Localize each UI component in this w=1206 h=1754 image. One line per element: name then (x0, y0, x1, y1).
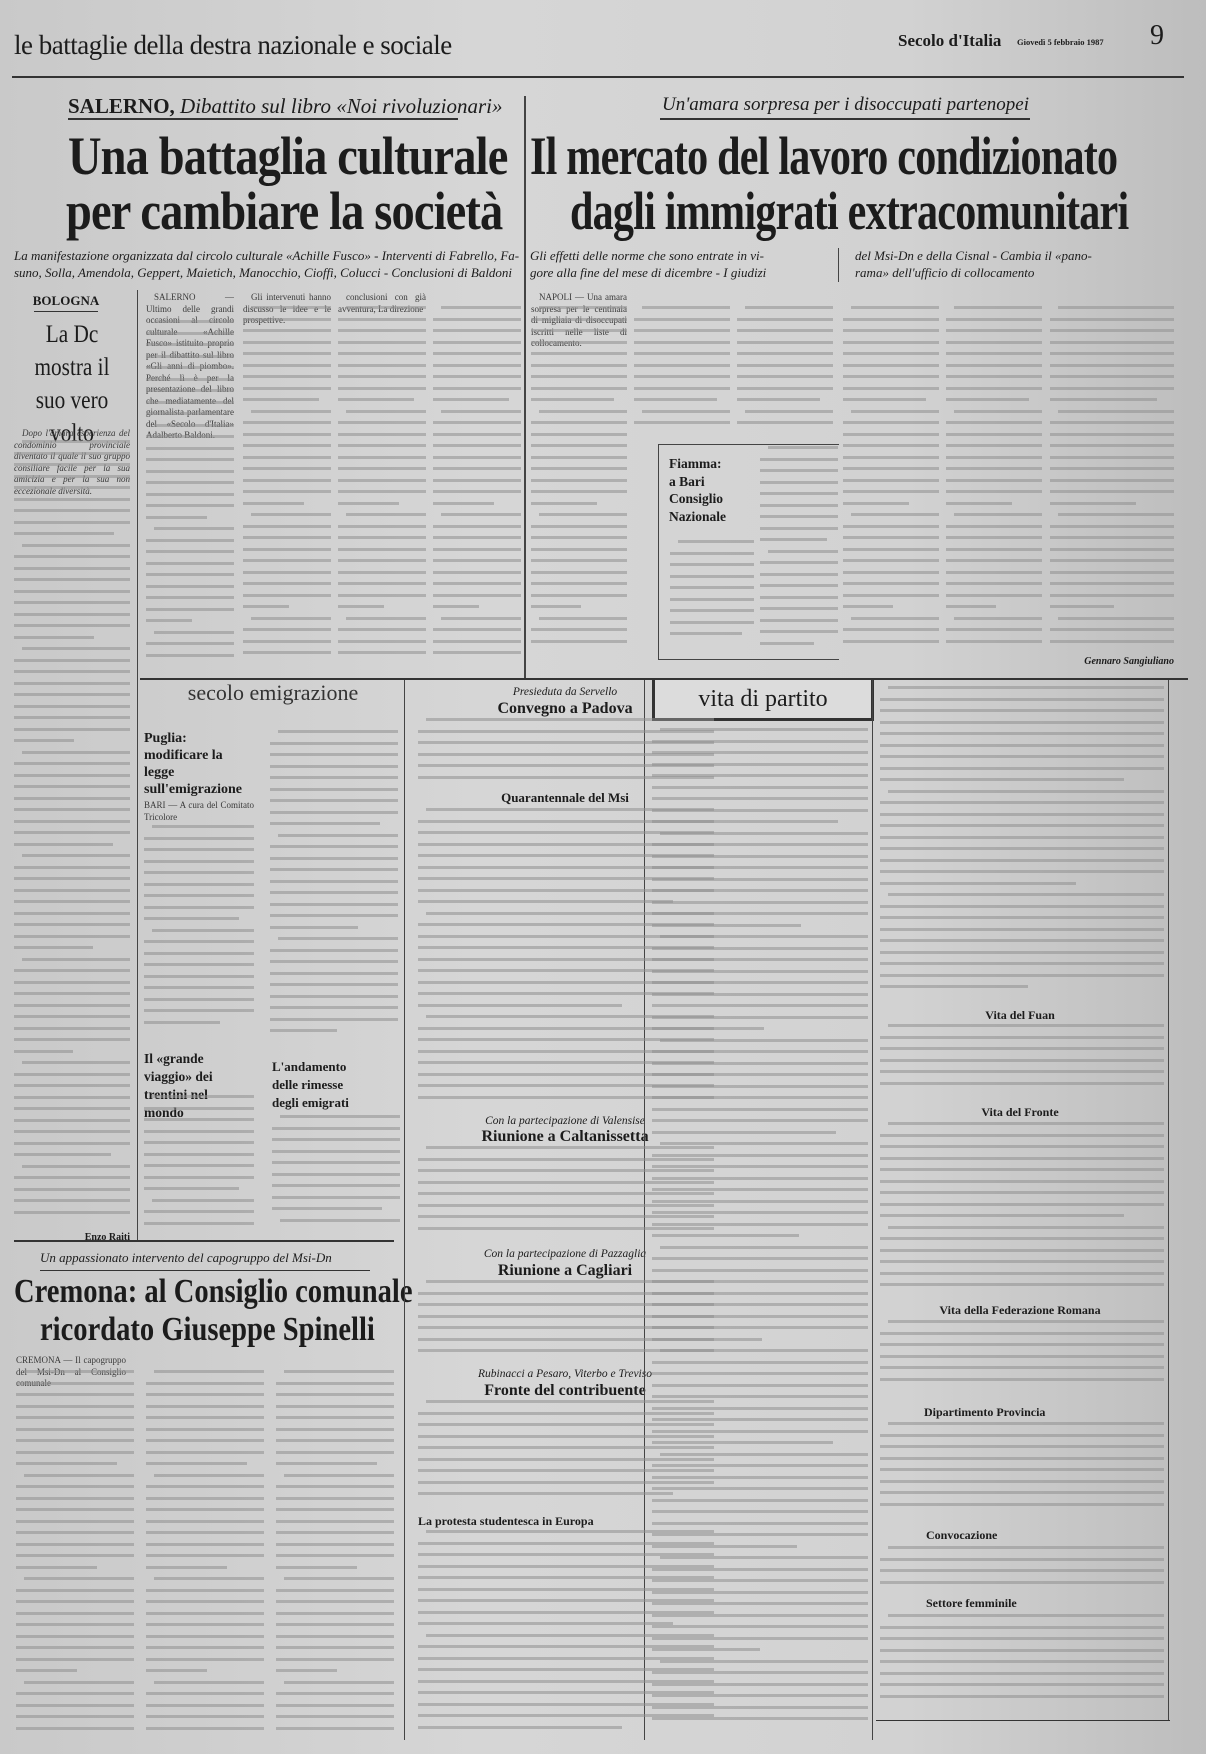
text-line (144, 837, 254, 840)
text-line (880, 1366, 1164, 1369)
text-line (1050, 640, 1174, 643)
text-line (880, 1672, 1164, 1675)
text-line (880, 1468, 1164, 1471)
text-line (1050, 456, 1174, 459)
text-line (14, 509, 130, 512)
text-line (652, 1625, 868, 1628)
text-line (880, 1695, 1164, 1698)
text-line (843, 352, 939, 355)
text-line (1050, 467, 1174, 470)
text-line (146, 1393, 264, 1396)
text-line (270, 995, 398, 998)
text-line (737, 364, 833, 367)
text-line (243, 548, 331, 551)
text-line (880, 1191, 1164, 1194)
text-block (634, 306, 730, 438)
text-line (880, 928, 1164, 931)
fiamma-title: Fiamma: a Bari Consiglio Nazionale (669, 455, 726, 525)
text-line (670, 575, 754, 578)
bologna-kicker: BOLOGNA (16, 293, 116, 309)
text-line (880, 1558, 1164, 1561)
text-line (270, 868, 398, 871)
kicker-text: Dibattito sul libro «Noi rivoluzionari» (180, 94, 502, 118)
text-line (243, 640, 331, 643)
text-line (243, 421, 331, 424)
text-line (531, 536, 627, 539)
text-line (843, 329, 939, 332)
text-line (652, 1177, 868, 1180)
subhead-line: Gli effetti delle norme che sono entrate… (530, 247, 830, 264)
text-line (880, 1434, 1164, 1437)
text-line (14, 946, 93, 949)
text-line (634, 329, 730, 332)
text-line (652, 1510, 868, 1513)
text-line (652, 970, 868, 973)
text-line (144, 1009, 254, 1012)
text-line (14, 728, 130, 731)
text-line (433, 329, 521, 332)
text-line (16, 1428, 134, 1431)
text-line (1050, 628, 1174, 631)
text-line (652, 1131, 836, 1134)
text-line (843, 582, 939, 585)
text-line (251, 513, 331, 516)
text-line (1050, 433, 1174, 436)
text-line (280, 1219, 400, 1222)
text-line (531, 421, 627, 424)
text-line (243, 582, 331, 585)
text-line (880, 1626, 1164, 1629)
text-block (760, 446, 838, 654)
text-line (946, 352, 1042, 355)
text-line (652, 1545, 797, 1548)
text-line (16, 1382, 134, 1385)
text-line (652, 1579, 868, 1582)
text-line (418, 1622, 673, 1625)
text-line (16, 1612, 134, 1615)
puglia-lead: BARI — A cura del Comitato Tricolore (144, 800, 254, 823)
text-line (880, 1637, 1164, 1640)
text-block (276, 1370, 394, 1740)
text-line (272, 1184, 400, 1187)
text-line (24, 1577, 134, 1580)
text-line (22, 647, 130, 650)
text-line (144, 883, 254, 886)
text-line (272, 1173, 400, 1176)
text-line (276, 1715, 394, 1718)
text-line (652, 1154, 868, 1157)
text-line (737, 375, 833, 378)
text-line (276, 1623, 394, 1626)
newspaper-page: le battaglie della destra nazionale e so… (0, 0, 1206, 1754)
text-line (531, 594, 627, 597)
text-line (843, 640, 939, 643)
text-line (652, 1614, 868, 1617)
text-line (22, 1061, 130, 1064)
text-line (433, 421, 521, 424)
text-line (954, 306, 1042, 309)
text-line (272, 1150, 400, 1153)
text-line (14, 555, 130, 558)
text-line (14, 1142, 130, 1145)
text-line (146, 470, 234, 473)
text-line (270, 1006, 398, 1009)
subhead-vita-fronte: Vita del Fronte (920, 1105, 1120, 1120)
text-line (1050, 352, 1174, 355)
text-line (880, 1180, 1164, 1183)
text-line (946, 536, 1042, 539)
text-line (634, 387, 730, 390)
text-line (652, 843, 868, 846)
text-line (760, 630, 838, 633)
text-line (278, 730, 398, 733)
text-line (14, 578, 130, 581)
text-line (338, 502, 399, 505)
text-line (14, 912, 130, 915)
text-line (660, 1453, 868, 1456)
text-line (16, 1543, 134, 1546)
text-line (652, 1027, 764, 1030)
text-line (146, 1451, 264, 1454)
text-line (539, 617, 627, 620)
text-line (880, 985, 1028, 988)
text-line (144, 1176, 254, 1179)
text-line (278, 834, 398, 837)
paper-name: Secolo d'Italia (898, 31, 1001, 51)
vita-di-partito-box: vita di partito (652, 680, 874, 721)
text-line (634, 341, 730, 344)
text-line (24, 1474, 134, 1477)
text-line (154, 1370, 264, 1373)
text-line (276, 1692, 394, 1695)
puglia-headline: Puglia: modificare la legge sull'emigraz… (144, 730, 254, 798)
text-line (14, 590, 130, 593)
text-line (272, 1127, 400, 1130)
text-line (652, 1671, 868, 1674)
text-line (531, 559, 627, 562)
text-line (652, 1211, 868, 1214)
text-line (880, 1378, 1164, 1381)
text-line (843, 536, 939, 539)
text-line (880, 813, 1164, 816)
text-line (146, 504, 234, 507)
text-line (880, 1203, 1164, 1206)
text-line (888, 1614, 1164, 1617)
text-line (16, 1600, 134, 1603)
text-line (1050, 364, 1174, 367)
text-line (146, 1704, 264, 1707)
text-line (652, 866, 868, 869)
text-line (338, 329, 426, 332)
text-line (760, 538, 827, 541)
text-line (880, 1445, 1164, 1448)
text-line (14, 670, 130, 673)
text-line (243, 433, 331, 436)
text-block (946, 306, 1042, 652)
text-line (14, 486, 130, 489)
text-line (760, 469, 838, 472)
mercato-headline-2: dagli immigrati extracomunitari (570, 183, 1128, 239)
text-line (531, 364, 627, 367)
text-line (276, 1520, 394, 1523)
text-line (1050, 398, 1157, 401)
text-line (270, 949, 398, 952)
text-line (146, 539, 234, 542)
text-line (338, 582, 426, 585)
text-line (16, 1485, 134, 1488)
text-line (146, 1508, 264, 1511)
text-line (270, 822, 380, 825)
text-line (16, 1727, 134, 1730)
text-line (851, 306, 939, 309)
text-line (888, 1546, 1164, 1549)
text-line (531, 456, 627, 459)
text-line (880, 721, 1164, 724)
text-line (652, 1533, 868, 1536)
text-line (243, 525, 331, 528)
text-line (243, 467, 331, 470)
text-line (144, 894, 254, 897)
text-line (652, 901, 868, 904)
text-line (418, 1004, 622, 1007)
text-line (426, 718, 714, 721)
text-line (880, 1157, 1164, 1160)
text-line (144, 860, 254, 863)
title-line: Fiamma: (669, 455, 726, 473)
text-line (652, 1464, 868, 1467)
kicker-place: SALERNO, (68, 94, 175, 118)
text-line (278, 937, 398, 940)
text-line (1050, 594, 1174, 597)
text-line (652, 1430, 868, 1433)
text-line (652, 1717, 868, 1720)
text-line (652, 1257, 868, 1260)
text-line (760, 596, 838, 599)
text-line (146, 1462, 247, 1465)
text-line (946, 467, 1042, 470)
text-line (652, 1108, 868, 1111)
text-line (14, 475, 130, 478)
text-line (338, 525, 426, 528)
text-line (14, 877, 130, 880)
text-line (22, 854, 130, 857)
text-line (338, 640, 426, 643)
text-line (531, 329, 627, 332)
text-line (1050, 536, 1174, 539)
text-line (652, 1487, 868, 1490)
text-line (144, 1141, 254, 1144)
masthead-rule (12, 76, 1184, 78)
text-line (880, 744, 1164, 747)
text-line (16, 1451, 134, 1454)
text-line (144, 1021, 220, 1024)
text-line (843, 571, 939, 574)
text-line (146, 355, 234, 358)
text-line (276, 1485, 394, 1488)
subhead-line: suno, Solla, Amendola, Geppert, Maietich… (14, 264, 524, 281)
text-line (346, 306, 426, 309)
text-line (843, 559, 939, 562)
text-line (243, 456, 331, 459)
text-line (843, 479, 939, 482)
title-line: Consiglio (669, 490, 726, 508)
text-line (146, 642, 234, 645)
text-line (14, 1130, 130, 1133)
text-line (851, 513, 939, 516)
text-line (338, 559, 426, 562)
text-line (16, 1566, 97, 1569)
text-line (531, 525, 627, 528)
text-line (843, 318, 939, 321)
text-line (652, 1476, 868, 1479)
text-line (843, 490, 939, 493)
text-line (14, 682, 130, 685)
text-line (880, 1332, 1164, 1335)
text-line (146, 596, 234, 599)
text-line (433, 456, 521, 459)
text-line (146, 435, 234, 438)
text-line (14, 1015, 130, 1018)
text-line (737, 398, 820, 401)
text-line (880, 1260, 1164, 1263)
text-line (880, 1660, 1164, 1663)
text-line (880, 801, 1164, 804)
text-line (14, 774, 130, 777)
text-line (14, 463, 130, 466)
text-line (272, 1196, 400, 1199)
text-line (880, 1134, 1164, 1137)
text-line (14, 1038, 130, 1041)
text-line (652, 981, 868, 984)
text-line (243, 571, 331, 574)
text-line (1050, 571, 1174, 574)
text-line (14, 1176, 130, 1179)
text-line (652, 1073, 868, 1076)
text-line (14, 1050, 73, 1053)
text-line (946, 571, 1042, 574)
text-line (768, 550, 838, 553)
text-line (16, 1416, 134, 1419)
text-line (146, 608, 234, 611)
text-line (652, 855, 868, 858)
text-line (768, 446, 838, 449)
text-line (146, 562, 234, 565)
text-line (144, 1130, 254, 1133)
text-line (1050, 341, 1174, 344)
text-line (22, 440, 130, 443)
text-line (670, 632, 742, 635)
text-line (14, 613, 130, 616)
mercato-subhead-left: Gli effetti delle norme che sono entrate… (530, 247, 830, 281)
text-line (154, 631, 234, 634)
text-line (243, 375, 331, 378)
text-line (745, 306, 833, 309)
text-line (880, 1145, 1164, 1148)
text-line (880, 1272, 1164, 1275)
text-line (652, 809, 868, 812)
text-line (14, 716, 130, 719)
text-line (146, 401, 234, 404)
kicker-underline (660, 118, 1030, 120)
text-block (433, 306, 521, 666)
text-line (144, 1164, 254, 1167)
text-line (243, 651, 331, 654)
text-block (14, 440, 130, 1230)
text-line (441, 617, 521, 620)
text-line (531, 444, 627, 447)
text-line (338, 433, 426, 436)
text-line (270, 914, 398, 917)
text-line (843, 456, 939, 459)
salerno-kicker: SALERNO, Dibattito sul libro «Noi rivolu… (68, 94, 502, 119)
text-line (144, 975, 254, 978)
text-line (634, 352, 730, 355)
text-line (14, 1084, 130, 1087)
text-line (14, 624, 130, 627)
text-line (338, 421, 426, 424)
text-line (670, 609, 754, 612)
text-line (888, 1122, 1164, 1125)
text-line (270, 799, 398, 802)
text-line (660, 1246, 868, 1249)
text-line (531, 605, 581, 608)
text-line (737, 329, 833, 332)
text-line (880, 1480, 1164, 1483)
text-line (146, 1405, 264, 1408)
text-line (660, 832, 868, 835)
text-line (270, 765, 398, 768)
text-block (338, 306, 426, 666)
text-line (270, 1018, 398, 1021)
text-line (152, 1095, 254, 1098)
text-line (880, 1457, 1164, 1460)
text-line (946, 456, 1042, 459)
text-line (652, 924, 801, 927)
text-line (652, 774, 868, 777)
text-line (946, 594, 1042, 597)
text-line (243, 502, 304, 505)
text-line (678, 540, 754, 543)
text-line (880, 836, 1164, 839)
text-line (652, 947, 868, 950)
text-line (146, 332, 234, 335)
salerno-headline-1: Una battaglia culturale (68, 128, 507, 184)
text-line (146, 366, 234, 369)
text-line (880, 962, 1164, 965)
text-line (144, 1107, 254, 1110)
text-line (433, 444, 521, 447)
text-line (652, 1062, 868, 1065)
text-line (954, 410, 1042, 413)
text-line (14, 1153, 111, 1156)
text-line (14, 797, 130, 800)
text-line (888, 1320, 1164, 1323)
text-block (880, 1614, 1164, 1714)
text-line (652, 1338, 762, 1341)
text-line (652, 1568, 868, 1571)
text-line (144, 1187, 239, 1190)
text-block (670, 540, 754, 654)
subhead-divider (838, 248, 839, 282)
text-line (24, 1370, 134, 1373)
text-line (243, 559, 331, 562)
text-line (270, 891, 398, 894)
text-line (737, 341, 833, 344)
text-line (14, 659, 130, 662)
text-line (272, 1207, 382, 1210)
text-line (946, 318, 1042, 321)
text-line (276, 1543, 394, 1546)
